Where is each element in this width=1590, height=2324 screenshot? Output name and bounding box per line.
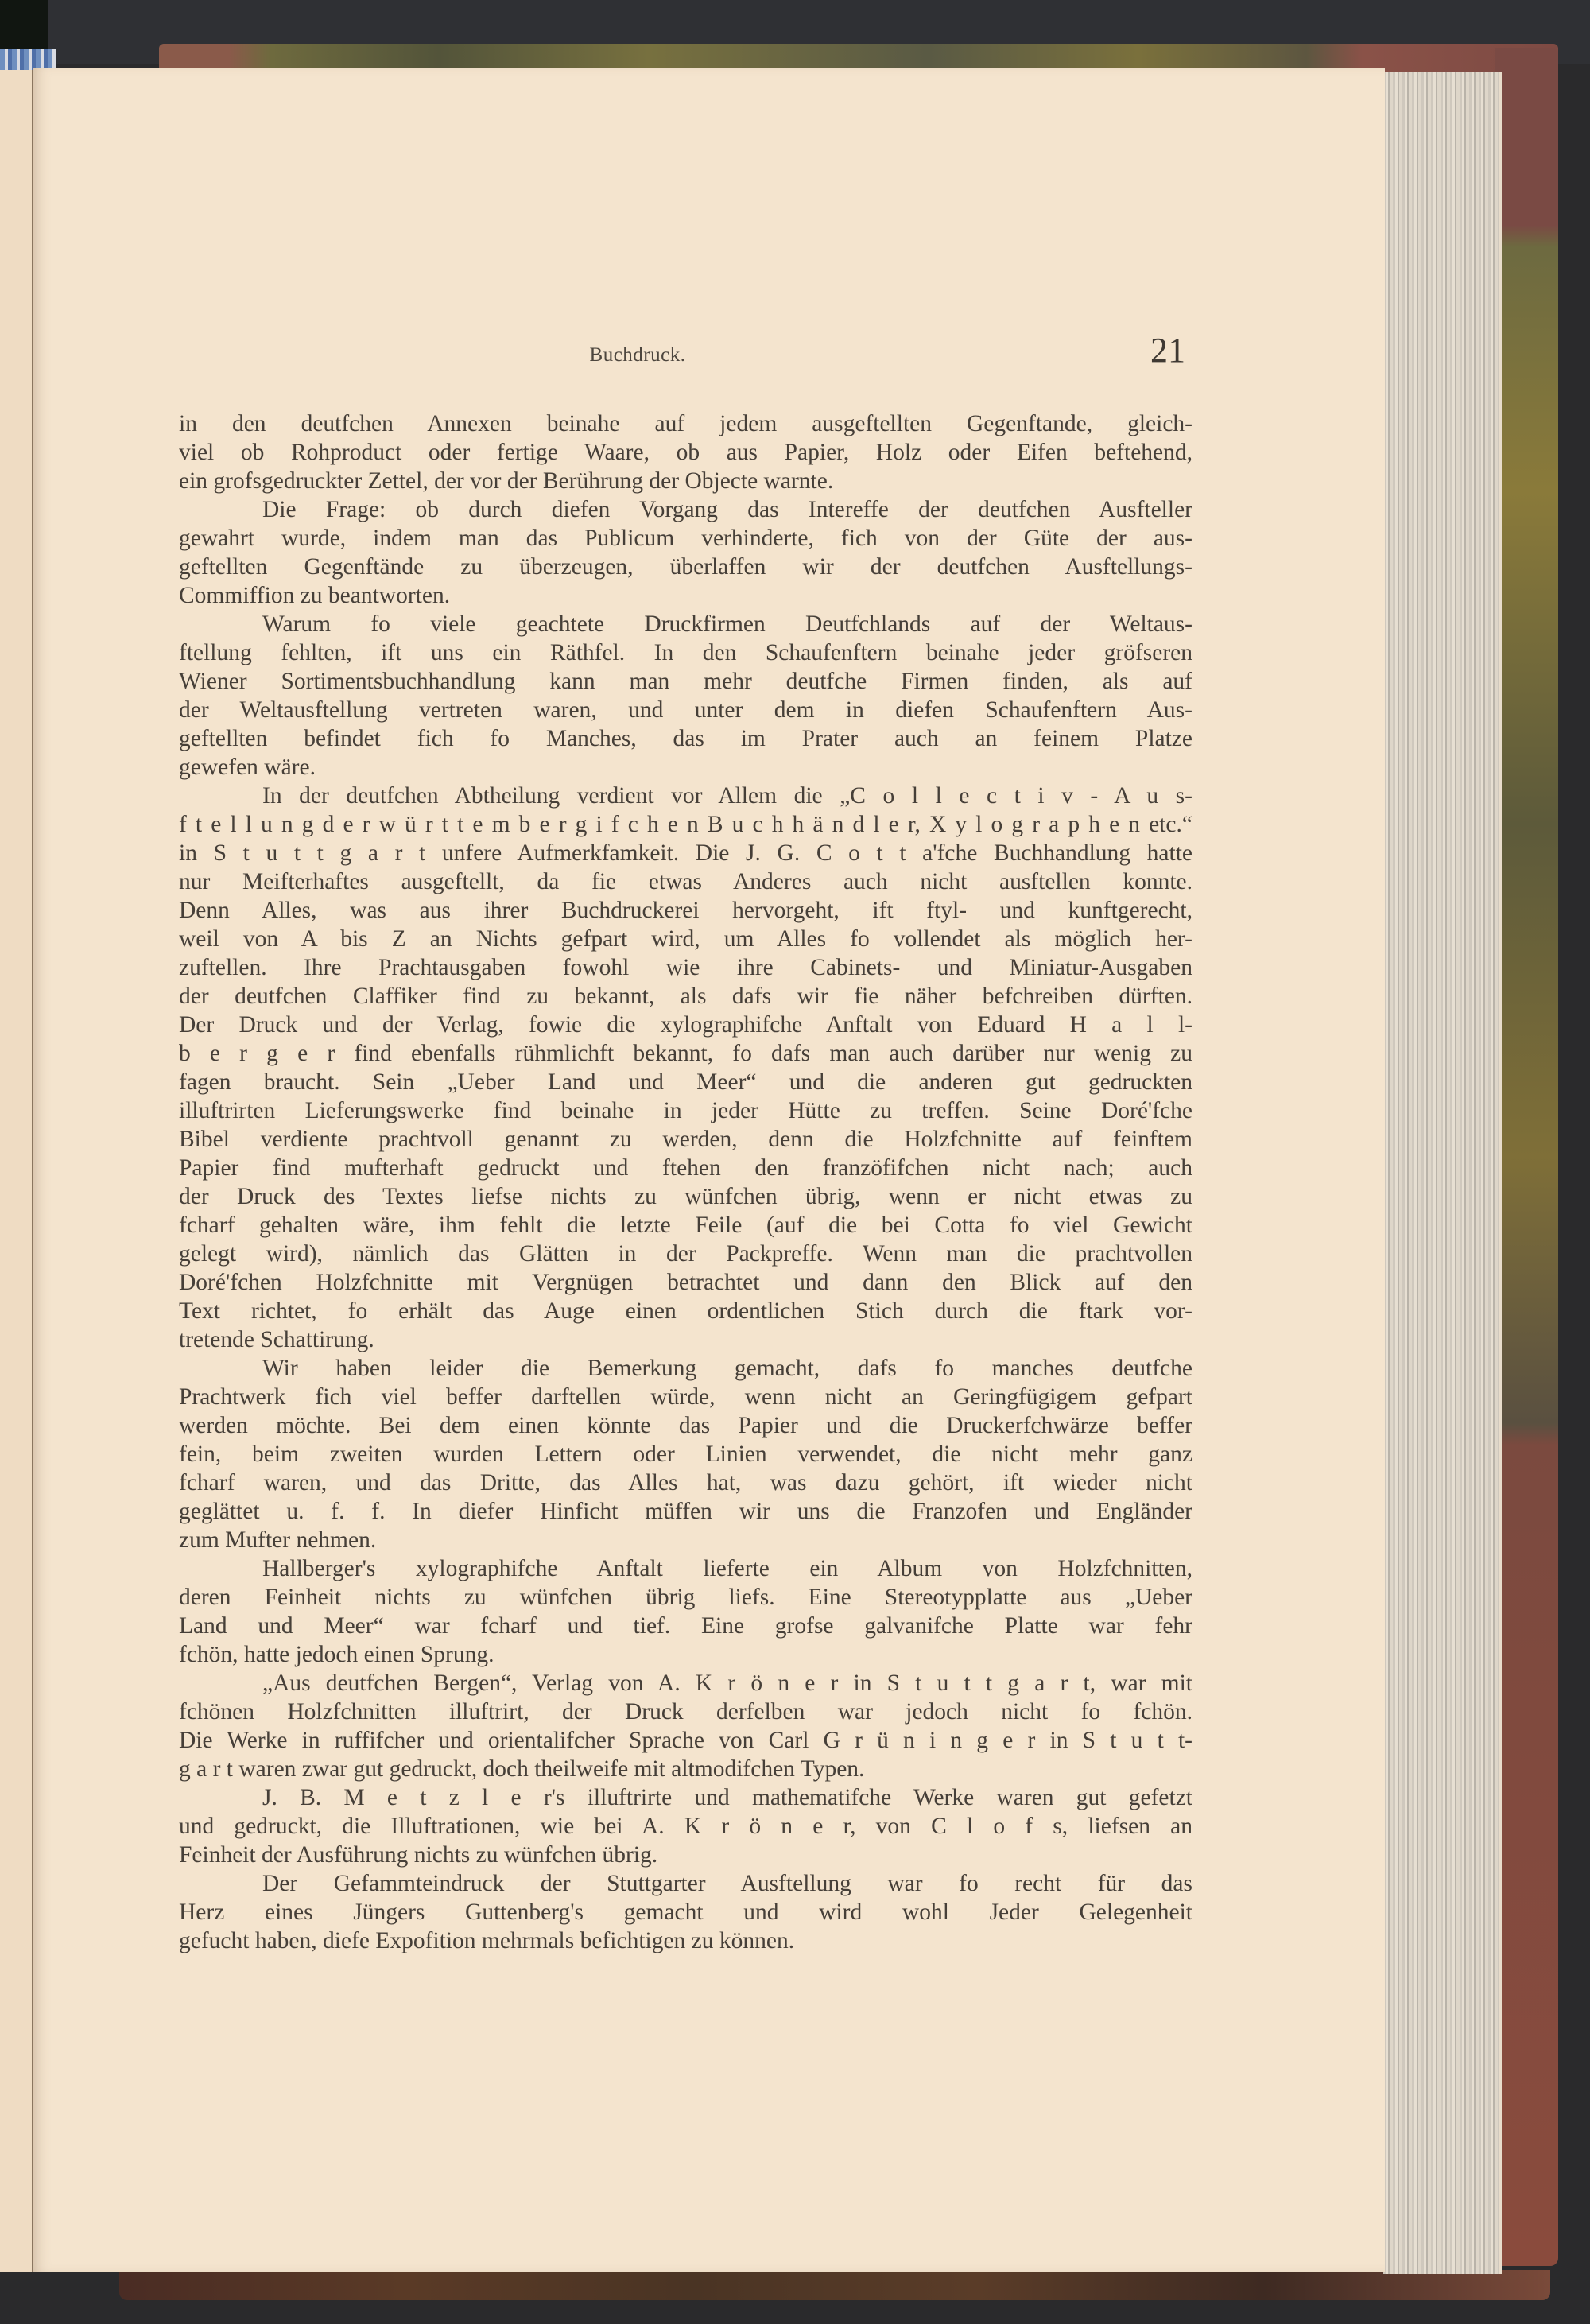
text-line: Prachtwerk fich viel beffer darftellen w…	[179, 1383, 1192, 1411]
body-text: in den deutfchen Annexen beinahe auf jed…	[179, 409, 1192, 1955]
text-line: Wir haben leider die Bemerkung gemacht, …	[179, 1354, 1192, 1383]
text-line: gewefen wäre.	[179, 753, 1192, 782]
text-line: geglättet u. f. f. In diefer Hinficht mü…	[179, 1497, 1192, 1526]
text-line: Feinheit der Ausführung nichts zu wünfch…	[179, 1841, 1192, 1869]
text-line: in den deutfchen Annexen beinahe auf jed…	[179, 409, 1192, 438]
text-line: Hallberger's xylographifche Anftalt lief…	[179, 1554, 1192, 1583]
text-line: tretende Schattirung.	[179, 1325, 1192, 1354]
text-line: werden möchte. Bei dem einen könnte das …	[179, 1411, 1192, 1440]
text-line: J. B. M e t z l e r's illuftrirte und ma…	[179, 1783, 1192, 1812]
text-line: f t e l l u n g d e r w ü r t t e m b e …	[179, 810, 1192, 839]
text-line: Land und Meer“ war fcharf und tief. Eine…	[179, 1612, 1192, 1640]
text-line: weil von A bis Z an Nichts gefpart wird,…	[179, 925, 1192, 953]
text-line: fchön, hatte jedoch einen Sprung.	[179, 1640, 1192, 1669]
text-line: Doré'fchen Holzfchnitte mit Vergnügen be…	[179, 1268, 1192, 1297]
text-line: Wiener Sortimentsbuchhandlung kann man m…	[179, 667, 1192, 696]
text-line: Bibel verdiente prachtvoll genannt zu we…	[179, 1125, 1192, 1154]
text-line: g a r t waren zwar gut gedruckt, doch th…	[179, 1755, 1192, 1783]
text-line: fcharf gehalten wäre, ihm fehlt die letz…	[179, 1211, 1192, 1240]
text-line: zum Mufter nehmen.	[179, 1526, 1192, 1554]
text-line: in S t u t t g a r t unfere Aufmerkfamke…	[179, 839, 1192, 867]
text-line: ein grofsgedruckter Zettel, der vor der …	[179, 467, 1192, 495]
text-line: Text richtet, fo erhält das Auge einen o…	[179, 1297, 1192, 1325]
text-line: gelegt wird), nämlich das Glätten in der…	[179, 1240, 1192, 1268]
text-line: gewahrt wurde, indem man das Publicum ve…	[179, 524, 1192, 553]
book-cover-right-edge	[1495, 48, 1558, 2266]
text-line: gefucht haben, diefe Expofition mehrmals…	[179, 1926, 1192, 1955]
text-line: Herz eines Jüngers Guttenberg's gemacht …	[179, 1898, 1192, 1926]
text-line: fein, beim zweiten wurden Lettern oder L…	[179, 1440, 1192, 1469]
text-line: b e r g e r find ebenfalls rühmlichft be…	[179, 1039, 1192, 1068]
left-page-sliver	[0, 70, 33, 2272]
text-line: der deutfchen Claffiker find zu bekannt,…	[179, 982, 1192, 1011]
page-number: 21	[1150, 330, 1185, 371]
book-page: Buchdruck. 21 in den deutfchen Annexen b…	[33, 68, 1385, 2272]
page-stack-edges	[1383, 72, 1502, 2274]
text-line: geftellten befindet fich fo Manches, das…	[179, 724, 1192, 753]
text-line: und gedruckt, die Illuftrationen, wie be…	[179, 1812, 1192, 1841]
text-line: Der Gefammteindruck der Stuttgarter Ausf…	[179, 1869, 1192, 1898]
text-line: In der deutfchen Abtheilung verdient vor…	[179, 782, 1192, 810]
text-line: fagen braucht. Sein „Ueber Land und Meer…	[179, 1068, 1192, 1096]
book-cover-bottom-edge	[119, 2270, 1550, 2300]
text-line: der Weltausftellung vertreten waren, und…	[179, 696, 1192, 724]
text-line: viel ob Rohproduct oder fertige Waare, o…	[179, 438, 1192, 467]
text-line: illuftrirten Lieferungswerke find beinah…	[179, 1096, 1192, 1125]
text-line: Die Werke in ruffifcher und orientalifch…	[179, 1726, 1192, 1755]
text-line: zuftellen. Ihre Prachtausgaben fowohl wi…	[179, 953, 1192, 982]
text-line: Warum fo viele geachtete Druckfirmen Deu…	[179, 610, 1192, 638]
text-line: nur Meifterhaftes ausgeftellt, da fie et…	[179, 867, 1192, 896]
text-line: deren Feinheit nichts zu wünfchen übrig …	[179, 1583, 1192, 1612]
text-line: der Druck des Textes liefse nichts zu wü…	[179, 1182, 1192, 1211]
text-line: ftellung fehlten, ift uns ein Räthfel. I…	[179, 638, 1192, 667]
text-line: Denn Alles, was aus ihrer Buchdruckerei …	[179, 896, 1192, 925]
text-line: Die Frage: ob durch diefen Vorgang das I…	[179, 495, 1192, 524]
text-line: „Aus deutfchen Bergen“, Verlag von A. K …	[179, 1669, 1192, 1697]
text-line: geftellten Gegenftände zu überzeugen, üb…	[179, 553, 1192, 581]
text-line: Commiffion zu beantworten.	[179, 581, 1192, 610]
text-line: fchönen Holzfchnitten illuftrirt, der Dr…	[179, 1697, 1192, 1726]
text-line: Papier find mufterhaft gedruckt und fteh…	[179, 1154, 1192, 1182]
text-line: fcharf waren, und das Dritte, das Alles …	[179, 1469, 1192, 1497]
text-line: Der Druck und der Verlag, fowie die xylo…	[179, 1011, 1192, 1039]
